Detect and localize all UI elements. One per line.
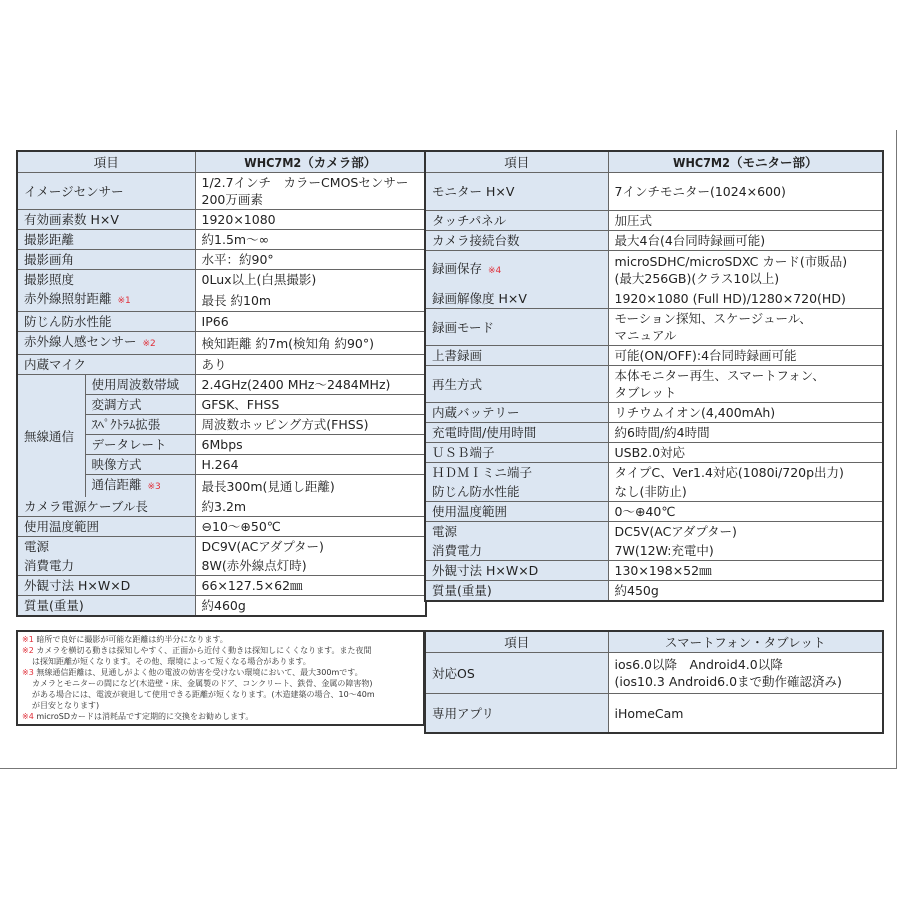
footnotes: ※1 暗所で良好に撮影が可能な距離は約半分になります。 ※2 カメラを横切る動き… (16, 630, 425, 726)
value-waterproof: IP66 (195, 312, 426, 332)
value-monitor: 7インチモニター(1024×600) (608, 173, 883, 211)
label-shooting-distance: 撮影距離 (17, 230, 195, 250)
label-monitor-dimensions: 外観寸法 H×W×D (425, 561, 608, 581)
value-supported-os: ios6.0以降 Android4.0以降(ios10.3 Android6.0… (608, 653, 883, 694)
label-cable-length: カメラ電源ケーブル長 (17, 497, 195, 517)
label-frequency-band: 使用周波数帯域 (85, 375, 195, 395)
label-recording-storage: 録画保存※4 (425, 251, 608, 290)
note-mark-2: ※2 (143, 339, 156, 349)
value-monitor-waterproof: なし(非防止) (608, 482, 883, 502)
label-battery: 内蔵バッテリー (425, 403, 608, 423)
label-recording-resolution: 録画解像度 H×V (425, 289, 608, 309)
value-modulation: GFSK、FHSS (195, 395, 426, 415)
monitor-header-item: 項目 (425, 151, 608, 173)
value-battery: リチウムイオン(4,400mAh) (608, 403, 883, 423)
label-dimensions: 外観寸法 H×W×D (17, 576, 195, 596)
label-image-sensor: イメージセンサー (17, 173, 195, 210)
value-view-angle: 水平：約90° (195, 250, 426, 270)
value-overwrite: 可能(ON/OFF):4台同時録画可能 (608, 346, 883, 366)
note-mark-4: ※4 (488, 266, 501, 276)
value-weight: 約460g (195, 596, 426, 617)
value-playback: 本体モニター再生、スマートフォン、タブレット (608, 366, 883, 403)
value-comm-distance: 最長300m(見通し距離) (195, 475, 426, 498)
label-recording-mode: 録画モード (425, 309, 608, 346)
value-charge-time: 約6時間/約4時間 (608, 423, 883, 443)
label-effective-pixels: 有効画素数 H×V (17, 210, 195, 230)
label-microphone: 内蔵マイク (17, 355, 195, 375)
label-camera-count: カメラ接続台数 (425, 231, 608, 251)
note-mark-3: ※3 (148, 482, 161, 492)
value-monitor-weight: 約450g (608, 581, 883, 602)
label-charge-time: 充電時間/使用時間 (425, 423, 608, 443)
value-dimensions: 66×127.5×62㎜ (195, 576, 426, 596)
value-microphone: あり (195, 355, 426, 375)
value-recording-mode: モーション探知、スケージュール、マニュアル (608, 309, 883, 346)
value-dedicated-app: iHomeCam (608, 694, 883, 734)
value-consumption: 8W(赤外線点灯時) (195, 556, 426, 576)
label-data-rate: データレート (85, 435, 195, 455)
value-camera-count: 最大4台(4台同時録画可能) (608, 231, 883, 251)
label-power: 電源 (17, 537, 195, 557)
value-operating-temp: ⊖10～⊕50℃ (195, 517, 426, 537)
label-monitor-weight: 質量(重量) (425, 581, 608, 602)
value-image-sensor: 1/2.7インチ カラーCMOSセンサー200万画素 (195, 173, 426, 210)
monitor-header-model: WHC7M2（モニター部） (608, 151, 883, 173)
footnote-3: ※3 無線通信距離は、見通しがよく他の電波の妨害を受けない環境において、最大30… (22, 667, 419, 678)
label-modulation: 変調方式 (85, 395, 195, 415)
label-playback: 再生方式 (425, 366, 608, 403)
label-monitor-temp: 使用温度範囲 (425, 502, 608, 522)
label-comm-distance: 通信距離※3 (85, 475, 195, 498)
label-ir-distance: 赤外線照射距離※1 (17, 289, 195, 312)
footnote-4: ※4 microSDカードは消耗品です定期的に交換をお勧めします。 (22, 711, 419, 722)
label-monitor-waterproof: 防じん防水性能 (425, 482, 608, 502)
camera-spec-table: 項目 WHC7M2（カメラ部） イメージセンサー 1/2.7インチ カラーCMO… (16, 150, 427, 617)
value-hdmi: タイプC、Ver1.4対応(1080i/720p出力) (608, 463, 883, 483)
footnote-1: ※1 暗所で良好に撮影が可能な距離は約半分になります。 (22, 634, 419, 645)
value-illuminance: 0Lux以上(白黒撮影) (195, 270, 426, 290)
value-usb: USB2.0対応 (608, 443, 883, 463)
value-data-rate: 6Mbps (195, 435, 426, 455)
camera-header-item: 項目 (17, 151, 195, 173)
value-spread-spectrum: 周波数ホッピング方式(FHSS) (195, 415, 426, 435)
label-weight: 質量(重量) (17, 596, 195, 617)
note-mark-1: ※1 (118, 296, 131, 306)
value-recording-storage: microSDHC/microSDXC カード(市販品)(最大256GB)(クラ… (608, 251, 883, 290)
label-dedicated-app: 専用アプリ (425, 694, 608, 734)
value-monitor-consumption: 7W(12W:充電中) (608, 541, 883, 561)
monitor-spec-table: 項目 WHC7M2（モニター部） モニター H×V 7インチモニター(1024×… (424, 150, 884, 602)
value-recording-resolution: 1920×1080 (Full HD)/1280×720(HD) (608, 289, 883, 309)
value-pir-sensor: 検知距離 約7m(検知角 約90°) (195, 332, 426, 355)
value-monitor-dimensions: 130×198×52㎜ (608, 561, 883, 581)
label-monitor-power: 電源 (425, 522, 608, 542)
label-overwrite: 上書録画 (425, 346, 608, 366)
smartphone-spec-table: 項目 スマートフォン・タブレット 対応OS ios6.0以降 Android4.… (424, 630, 884, 734)
label-wireless-group: 無線通信 (17, 375, 85, 498)
label-spread-spectrum: ｽﾍﾟｸﾄﾗﾑ拡張 (85, 415, 195, 435)
value-ir-distance: 最長 約10m (195, 289, 426, 312)
camera-header-model: WHC7M2（カメラ部） (195, 151, 426, 173)
value-video-format: H.264 (195, 455, 426, 475)
value-power: DC9V(ACアダプター) (195, 537, 426, 557)
label-monitor-consumption: 消費電力 (425, 541, 608, 561)
label-usb: ＵＳＢ端子 (425, 443, 608, 463)
label-waterproof: 防じん防水性能 (17, 312, 195, 332)
label-video-format: 映像方式 (85, 455, 195, 475)
value-monitor-power: DC5V(ACアダプター) (608, 522, 883, 542)
value-frequency-band: 2.4GHz(2400 MHz～2484MHz) (195, 375, 426, 395)
label-illuminance: 撮影照度 (17, 270, 195, 290)
label-hdmi: ＨＤＭＩミニ端子 (425, 463, 608, 483)
value-shooting-distance: 約1.5m～∞ (195, 230, 426, 250)
label-pir-sensor: 赤外線人感センサー※2 (17, 332, 195, 355)
label-supported-os: 対応OS (425, 653, 608, 694)
label-consumption: 消費電力 (17, 556, 195, 576)
value-cable-length: 約3.2m (195, 497, 426, 517)
footnote-2: ※2 カメラを横切る動きは探知しやすく、正面から近付く動きは探知しにくくなります… (22, 645, 419, 656)
phone-header-item: 項目 (425, 631, 608, 653)
label-view-angle: 撮影画角 (17, 250, 195, 270)
value-monitor-temp: 0～⊕40℃ (608, 502, 883, 522)
value-touch-panel: 加圧式 (608, 211, 883, 231)
label-operating-temp: 使用温度範囲 (17, 517, 195, 537)
value-effective-pixels: 1920×1080 (195, 210, 426, 230)
label-monitor: モニター H×V (425, 173, 608, 211)
label-touch-panel: タッチパネル (425, 211, 608, 231)
phone-header-device: スマートフォン・タブレット (608, 631, 883, 653)
